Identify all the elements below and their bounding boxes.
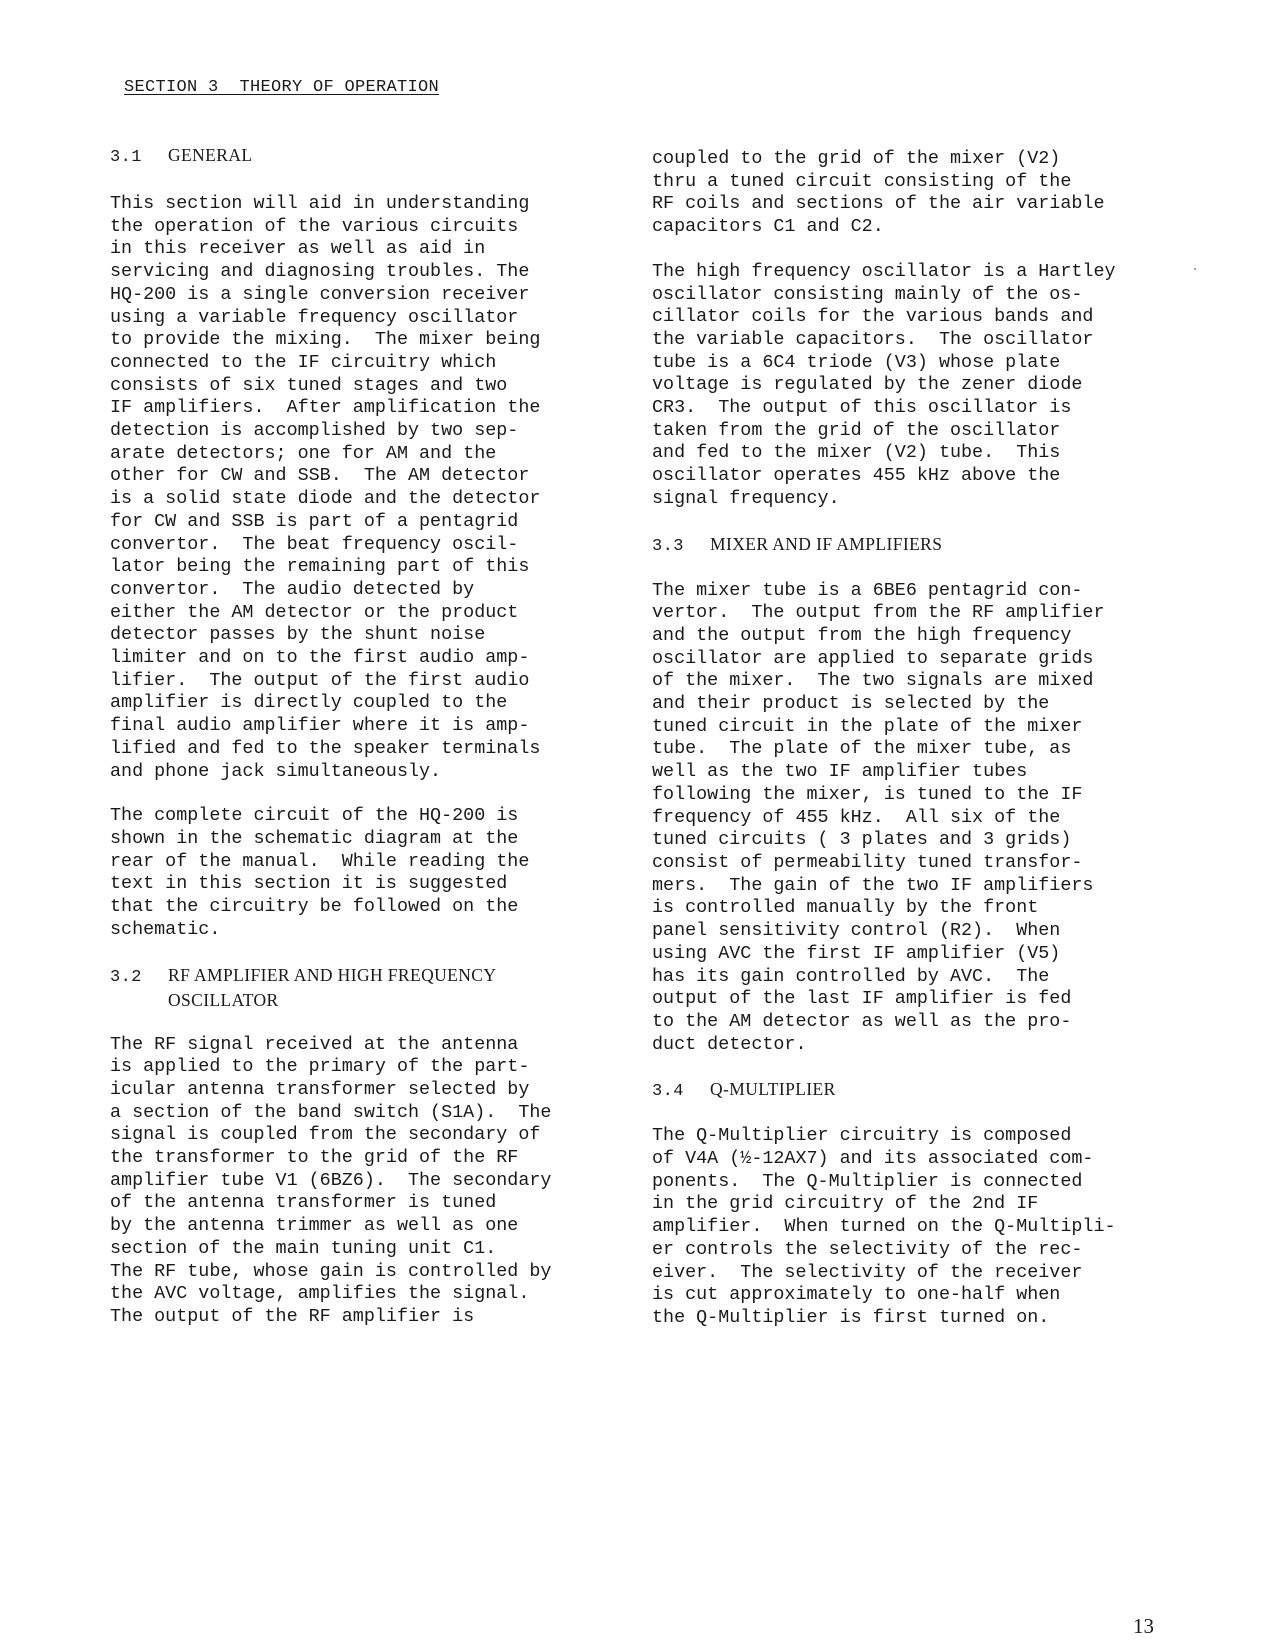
heading-title: GENERAL xyxy=(168,145,252,165)
text-line: The RF tube, whose gain is controlled by xyxy=(110,1261,610,1284)
heading-number: 3.2 xyxy=(110,966,168,989)
text-line: convertor. The audio detected by xyxy=(110,579,610,602)
text-line: for CW and SSB is part of a pentagrid xyxy=(110,511,610,534)
text-line: servicing and diagnosing troubles. The xyxy=(110,261,610,284)
text-line: the Q-Multiplier is first turned on. xyxy=(652,1307,1192,1330)
text-line: either the AM detector or the product xyxy=(110,602,610,625)
text-line: lified and fed to the speaker terminals xyxy=(110,738,610,761)
heading-title: MIXER AND IF AMPLIFIERS xyxy=(710,534,942,554)
text-line: is applied to the primary of the part- xyxy=(110,1056,610,1079)
heading-number: 3.4 xyxy=(652,1080,710,1103)
text-line: duct detector. xyxy=(652,1034,1192,1057)
heading-3-1: 3.1GENERAL xyxy=(110,144,610,169)
text-line: text in this section it is suggested xyxy=(110,873,610,896)
text-line: other for CW and SSB. The AM detector xyxy=(110,465,610,488)
text-line: coupled to the grid of the mixer (V2) xyxy=(652,148,1192,171)
text-line: amplifier. When turned on the Q-Multipli… xyxy=(652,1216,1192,1239)
text-line: output of the last IF amplifier is fed xyxy=(652,988,1192,1011)
text-line: the operation of the various circuits xyxy=(110,216,610,239)
text-line: HQ-200 is a single conversion receiver xyxy=(110,284,610,307)
paragraph-hf-oscillator: The high frequency oscillator is a Hartl… xyxy=(652,261,1192,511)
scan-speck xyxy=(1194,268,1196,270)
text-line: oscillator operates 455 kHz above the xyxy=(652,465,1192,488)
text-line: limiter and on to the first audio amp- xyxy=(110,647,610,670)
text-line: signal is coupled from the secondary of xyxy=(110,1124,610,1147)
paragraph-rf-amplifier-continued: coupled to the grid of the mixer (V2)thr… xyxy=(652,148,1192,239)
section-header: SECTION 3 THEORY OF OPERATION xyxy=(124,78,439,97)
text-line: is controlled manually by the front xyxy=(652,897,1192,920)
text-line: The Q-Multiplier circuitry is composed xyxy=(652,1125,1192,1148)
text-line: The RF signal received at the antenna xyxy=(110,1034,610,1057)
paragraph-general-1: This section will aid in understandingth… xyxy=(110,193,610,783)
text-line: the variable capacitors. The oscillator xyxy=(652,329,1192,352)
text-line: following the mixer, is tuned to the IF xyxy=(652,784,1192,807)
text-line: The high frequency oscillator is a Hartl… xyxy=(652,261,1192,284)
text-line: vertor. The output from the RF amplifier xyxy=(652,602,1192,625)
text-line: has its gain controlled by AVC. The xyxy=(652,966,1192,989)
text-line: using a variable frequency oscillator xyxy=(110,307,610,330)
text-line: the transformer to the grid of the RF xyxy=(110,1147,610,1170)
text-line: in the grid circuitry of the 2nd IF xyxy=(652,1193,1192,1216)
text-line: the AVC voltage, amplifies the signal. xyxy=(110,1283,610,1306)
text-line: eiver. The selectivity of the receiver xyxy=(652,1262,1192,1285)
text-line: arate detectors; one for AM and the xyxy=(110,443,610,466)
text-line: oscillator consisting mainly of the os- xyxy=(652,284,1192,307)
left-column: 3.1GENERAL This section will aid in unde… xyxy=(110,144,610,1329)
paragraph-general-2: The complete circuit of the HQ-200 issho… xyxy=(110,805,610,941)
text-line: section of the main tuning unit C1. xyxy=(110,1238,610,1261)
heading-number: 3.3 xyxy=(652,535,710,558)
text-line: to provide the mixing. The mixer being xyxy=(110,329,610,352)
text-line: and their product is selected by the xyxy=(652,693,1192,716)
text-line: mers. The gain of the two IF amplifiers xyxy=(652,875,1192,898)
heading-title: Q-MULTIPLIER xyxy=(710,1079,836,1099)
text-line: ponents. The Q-Multiplier is connected xyxy=(652,1171,1192,1194)
text-line: icular antenna transformer selected by xyxy=(110,1079,610,1102)
text-line: tuned circuit in the plate of the mixer xyxy=(652,716,1192,739)
text-line: is cut approximately to one-half when xyxy=(652,1284,1192,1307)
text-line: taken from the grid of the oscillator xyxy=(652,420,1192,443)
text-line: voltage is regulated by the zener diode xyxy=(652,374,1192,397)
text-line: well as the two IF amplifier tubes xyxy=(652,761,1192,784)
text-line: that the circuitry be followed on the xyxy=(110,896,610,919)
text-line: amplifier is directly coupled to the xyxy=(110,692,610,715)
text-line: The complete circuit of the HQ-200 is xyxy=(110,805,610,828)
text-line: final audio amplifier where it is amp- xyxy=(110,715,610,738)
text-line: consists of six tuned stages and two xyxy=(110,375,610,398)
text-line: oscillator are applied to separate grids xyxy=(652,648,1192,671)
heading-title-line1: RF AMPLIFIER AND HIGH FREQUENCY xyxy=(168,965,496,985)
text-line: cillator coils for the various bands and xyxy=(652,306,1192,329)
text-line: detector passes by the shunt noise xyxy=(110,624,610,647)
text-line: capacitors C1 and C2. xyxy=(652,216,1192,239)
text-line: schematic. xyxy=(110,919,610,942)
text-line: signal frequency. xyxy=(652,488,1192,511)
text-line: to the AM detector as well as the pro- xyxy=(652,1011,1192,1034)
text-line: The mixer tube is a 6BE6 pentagrid con- xyxy=(652,580,1192,603)
text-line: RF coils and sections of the air variabl… xyxy=(652,193,1192,216)
text-line: tube. The plate of the mixer tube, as xyxy=(652,738,1192,761)
text-line: The output of the RF amplifier is xyxy=(110,1306,610,1329)
text-line: a section of the band switch (S1A). The xyxy=(110,1102,610,1125)
text-line: CR3. The output of this oscillator is xyxy=(652,397,1192,420)
text-line: by the antenna trimmer as well as one xyxy=(110,1215,610,1238)
text-line: detection is accomplished by two sep- xyxy=(110,420,610,443)
paragraph-mixer-if: The mixer tube is a 6BE6 pentagrid con-v… xyxy=(652,580,1192,1057)
heading-3-4: 3.4Q-MULTIPLIER xyxy=(652,1078,1192,1103)
paragraph-q-multiplier: The Q-Multiplier circuitry is composedof… xyxy=(652,1125,1192,1329)
text-line: and fed to the mixer (V2) tube. This xyxy=(652,442,1192,465)
text-line: lifier. The output of the first audio xyxy=(110,670,610,693)
text-line: convertor. The beat frequency oscil- xyxy=(110,534,610,557)
heading-3-2: 3.2RF AMPLIFIER AND HIGH FREQUENCYOSCILL… xyxy=(110,964,610,1012)
text-line: tuned circuits ( 3 plates and 3 grids) xyxy=(652,829,1192,852)
text-line: and the output from the high frequency xyxy=(652,625,1192,648)
heading-3-3: 3.3MIXER AND IF AMPLIFIERS xyxy=(652,533,1192,558)
text-line: This section will aid in understanding xyxy=(110,193,610,216)
heading-title-line2: OSCILLATOR xyxy=(110,989,610,1012)
right-column: coupled to the grid of the mixer (V2)thr… xyxy=(652,148,1192,1330)
text-line: shown in the schematic diagram at the xyxy=(110,828,610,851)
text-line: amplifier tube V1 (6BZ6). The secondary xyxy=(110,1170,610,1193)
page-number: 13 xyxy=(1133,1614,1154,1639)
text-line: connected to the IF circuitry which xyxy=(110,352,610,375)
text-line: panel sensitivity control (R2). When xyxy=(652,920,1192,943)
text-line: of V4A (½-12AX7) and its associated com- xyxy=(652,1148,1192,1171)
paragraph-rf-amplifier: The RF signal received at the antennais … xyxy=(110,1034,610,1329)
text-line: using AVC the first IF amplifier (V5) xyxy=(652,943,1192,966)
text-line: is a solid state diode and the detector xyxy=(110,488,610,511)
text-line: er controls the selectivity of the rec- xyxy=(652,1239,1192,1262)
heading-number: 3.1 xyxy=(110,146,168,169)
text-line: and phone jack simultaneously. xyxy=(110,761,610,784)
text-line: in this receiver as well as aid in xyxy=(110,238,610,261)
text-line: consist of permeability tuned transfor- xyxy=(652,852,1192,875)
text-line: frequency of 455 kHz. All six of the xyxy=(652,807,1192,830)
text-line: of the antenna transformer is tuned xyxy=(110,1192,610,1215)
text-line: rear of the manual. While reading the xyxy=(110,851,610,874)
text-line: lator being the remaining part of this xyxy=(110,556,610,579)
text-line: IF amplifiers. After amplification the xyxy=(110,397,610,420)
text-line: of the mixer. The two signals are mixed xyxy=(652,670,1192,693)
text-line: tube is a 6C4 triode (V3) whose plate xyxy=(652,352,1192,375)
text-line: thru a tuned circuit consisting of the xyxy=(652,171,1192,194)
